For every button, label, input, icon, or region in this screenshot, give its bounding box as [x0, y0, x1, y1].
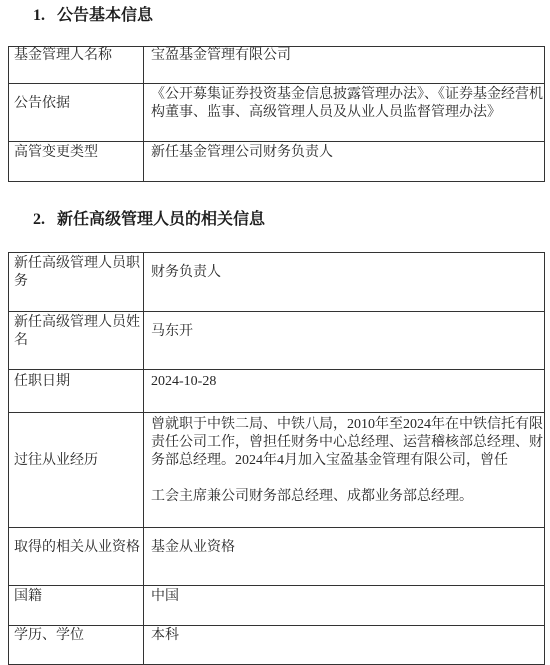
- row-value: 宝盈基金管理有限公司: [144, 47, 544, 83]
- section-1-number: 1.: [33, 7, 45, 24]
- row-label: 公告依据: [9, 95, 143, 131]
- section-1-heading: 1.公告基本信息: [33, 7, 550, 24]
- career-history-paragraph: 工会主席兼公司财务部总经理、成都业务部总经理。: [151, 488, 543, 506]
- row-value-cell: 马东开: [144, 312, 545, 370]
- announcement-document: 1.公告基本信息 基金管理人名称 宝盈基金管理有限公司 公告依据 《公开募集证券…: [0, 0, 550, 665]
- row-label-cell: 过往从业经历: [9, 413, 144, 528]
- section-1-title: 公告基本信息: [57, 7, 153, 24]
- section-2-title: 新任高级管理人员的相关信息: [57, 211, 265, 228]
- row-value: 马东开: [144, 323, 544, 359]
- row-value-cell: 2024-10-28: [144, 370, 545, 413]
- table-row: 新任高级管理人员姓名 马东开: [9, 312, 545, 370]
- basic-info-table: 基金管理人名称 宝盈基金管理有限公司 公告依据 《公开募集证券投资基金信息披露管…: [8, 46, 545, 182]
- table-row: 公告依据 《公开募集证券投资基金信息披露管理办法》、《证券基金经营机构董事、监事…: [9, 84, 545, 142]
- career-history-paragraph: 曾就职于中铁二局、中铁八局，2010年至2024年在中铁信托有限责任公司工作，曾…: [151, 416, 543, 470]
- table-row: 国籍 中国: [9, 586, 545, 626]
- section-2-number: 2.: [33, 211, 45, 228]
- row-label-cell: 新任高级管理人员职务: [9, 253, 144, 312]
- row-value: 本科: [144, 627, 544, 663]
- table-row: 高管变更类型 新任基金管理公司财务负责人: [9, 142, 545, 182]
- row-value: 中国: [144, 588, 544, 624]
- row-label: 基金管理人名称: [9, 47, 143, 83]
- row-value-cell: 财务负责人: [144, 253, 545, 312]
- row-label-cell: 学历、学位: [9, 626, 144, 665]
- row-label: 国籍: [9, 588, 143, 624]
- row-label: 取得的相关从业资格: [9, 539, 143, 575]
- table-row: 任职日期 2024-10-28: [9, 370, 545, 413]
- row-value-cell: 基金从业资格: [144, 528, 545, 586]
- row-value: 《公开募集证券投资基金信息披露管理办法》、《证券基金经营机构董事、监事、高级管理…: [144, 86, 544, 140]
- row-label: 高管变更类型: [9, 144, 143, 180]
- row-value-cell: 本科: [144, 626, 545, 665]
- row-value: 基金从业资格: [144, 539, 544, 575]
- section-2-heading: 2.新任高级管理人员的相关信息: [33, 211, 550, 228]
- row-label-cell: 高管变更类型: [9, 142, 144, 182]
- row-label: 新任高级管理人员职务: [9, 255, 143, 309]
- row-label-cell: 任职日期: [9, 370, 144, 413]
- row-label-cell: 新任高级管理人员姓名: [9, 312, 144, 370]
- table-row: 新任高级管理人员职务 财务负责人: [9, 253, 545, 312]
- row-value-cell: 中国: [144, 586, 545, 626]
- row-label-cell: 国籍: [9, 586, 144, 626]
- table-row: 基金管理人名称 宝盈基金管理有限公司: [9, 47, 545, 84]
- row-value: 财务负责人: [144, 264, 544, 300]
- row-label-cell: 基金管理人名称: [9, 47, 144, 84]
- table-row: 取得的相关从业资格 基金从业资格: [9, 528, 545, 586]
- row-value-cell: 新任基金管理公司财务负责人: [144, 142, 545, 182]
- row-label: 学历、学位: [9, 627, 143, 663]
- row-label-cell: 公告依据: [9, 84, 144, 142]
- row-label-cell: 取得的相关从业资格: [9, 528, 144, 586]
- row-label: 新任高级管理人员姓名: [9, 314, 143, 368]
- new-executive-info-table: 新任高级管理人员职务 财务负责人 新任高级管理人员姓名 马东开 任职日期 202…: [8, 252, 545, 665]
- table-row: 学历、学位 本科: [9, 626, 545, 665]
- row-value-cell: 宝盈基金管理有限公司: [144, 47, 545, 84]
- row-label: 过往从业经历: [9, 452, 143, 488]
- row-value-cell: 曾就职于中铁二局、中铁八局，2010年至2024年在中铁信托有限责任公司工作，曾…: [144, 413, 545, 528]
- table-row: 过往从业经历 曾就职于中铁二局、中铁八局，2010年至2024年在中铁信托有限责…: [9, 413, 545, 528]
- row-value: 新任基金管理公司财务负责人: [144, 144, 544, 180]
- row-value-cell: 《公开募集证券投资基金信息披露管理办法》、《证券基金经营机构董事、监事、高级管理…: [144, 84, 545, 142]
- row-value-career-history: 曾就职于中铁二局、中铁八局，2010年至2024年在中铁信托有限责任公司工作，曾…: [144, 416, 544, 524]
- row-label: 任职日期: [9, 373, 143, 409]
- row-value: 2024-10-28: [144, 373, 544, 409]
